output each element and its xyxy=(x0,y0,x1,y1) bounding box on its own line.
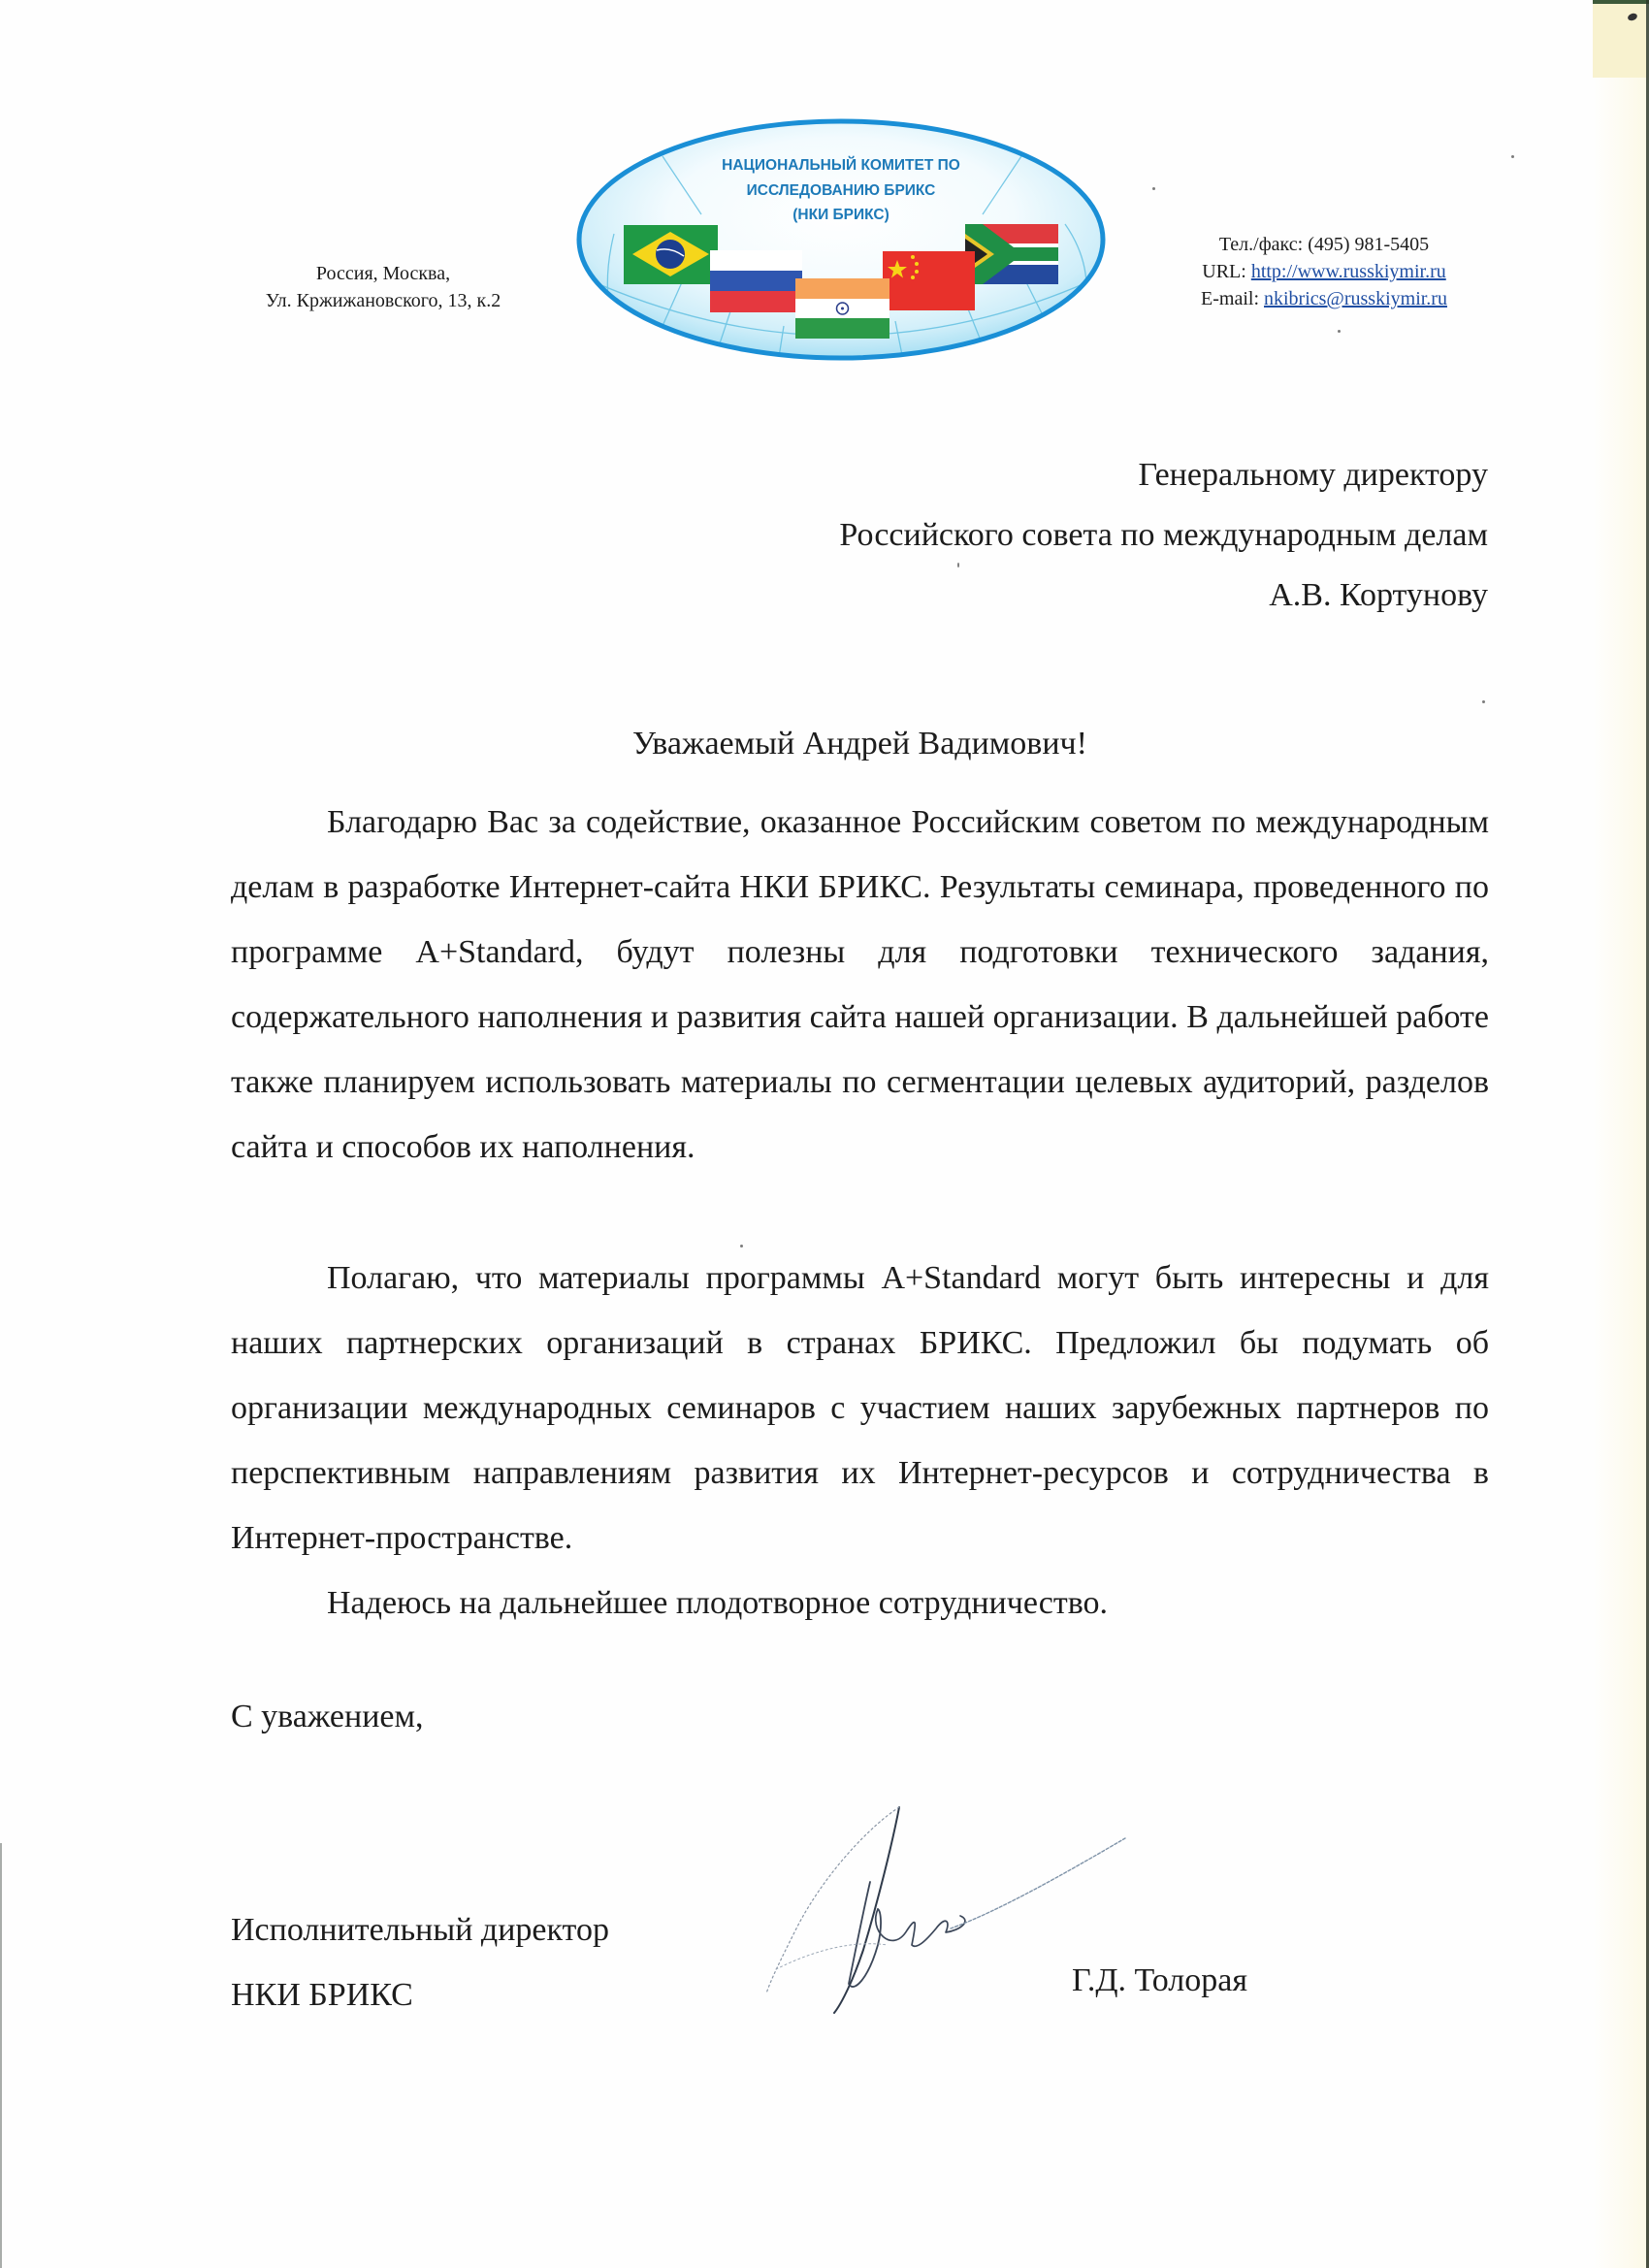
phone-line: Тел./факс: (495) 981-5405 xyxy=(1154,231,1494,258)
scan-speck xyxy=(1152,187,1155,190)
logo-title-line: НАЦИОНАЛЬНЫЙ КОМИТЕТ ПО xyxy=(575,153,1107,178)
scan-corner-edge xyxy=(1593,0,1649,4)
closing: С уважением, xyxy=(231,1699,424,1735)
recipient-line: Российского совета по международным дела… xyxy=(839,505,1488,566)
email-line: E-mail: nkibrics@russkiymir.ru xyxy=(1154,285,1494,312)
flag-india-icon xyxy=(795,278,889,339)
scan-edge-left xyxy=(0,1843,2,2268)
signer-position: Исполнительный директор xyxy=(231,1897,609,1962)
scan-speck xyxy=(1482,700,1485,703)
url-line: URL: http://www.russkiymir.ru xyxy=(1154,258,1494,285)
signer-title: Исполнительный директор НКИ БРИКС xyxy=(231,1897,609,2027)
nki-brics-logo: НАЦИОНАЛЬНЫЙ КОМИТЕТ ПО ИССЛЕДОВАНИЮ БРИ… xyxy=(575,117,1107,362)
flag-china-icon xyxy=(883,251,975,310)
signer-name: Г.Д. Толорая xyxy=(1072,1962,1247,1999)
body-paragraph: Надеюсь на дальнейшее плодотворное сотру… xyxy=(231,1571,1489,1636)
recipient-line: А.В. Кортунову xyxy=(839,566,1488,626)
scan-edge-tint xyxy=(1593,0,1646,2268)
recipient-line: Генеральному директору xyxy=(839,445,1488,505)
address-line: Ул. Кржижановского, 13, к.2 xyxy=(213,287,553,314)
address-line: Россия, Москва, xyxy=(213,260,553,287)
url-label: URL: xyxy=(1202,261,1246,282)
scan-corner-tint xyxy=(1593,0,1646,78)
email-link[interactable]: nkibrics@russkiymir.ru xyxy=(1264,288,1447,309)
recipient-block: Генеральному директору Российского совет… xyxy=(839,445,1488,626)
logo-title-line: ИССЛЕДОВАНИЮ БРИКС xyxy=(575,178,1107,204)
handwritten-signature-icon xyxy=(757,1785,1164,2037)
phone-label: Тел./факс: xyxy=(1219,234,1303,255)
phone-value: (495) 981-5405 xyxy=(1308,234,1429,255)
flag-russia-icon xyxy=(710,250,802,312)
signer-organization: НКИ БРИКС xyxy=(231,1962,609,2027)
sender-address: Россия, Москва, Ул. Кржижановского, 13, … xyxy=(213,260,553,314)
scan-speck xyxy=(1338,330,1341,333)
email-label: E-mail: xyxy=(1201,288,1259,309)
flag-south-africa-icon xyxy=(965,224,1058,284)
body-paragraph: Благодарю Вас за содействие, оказанное Р… xyxy=(231,790,1489,1180)
flag-brazil-icon xyxy=(624,225,718,284)
salutation: Уважаемый Андрей Вадимович! xyxy=(231,726,1489,762)
sender-contacts: Тел./факс: (495) 981-5405 URL: http://ww… xyxy=(1154,231,1494,312)
body-paragraph: Полагаю, что материалы программы A+Stand… xyxy=(231,1246,1489,1571)
logo-title-line: (НКИ БРИКС) xyxy=(575,203,1107,228)
website-link[interactable]: http://www.russkiymir.ru xyxy=(1251,261,1446,282)
scan-speck xyxy=(1511,155,1514,158)
